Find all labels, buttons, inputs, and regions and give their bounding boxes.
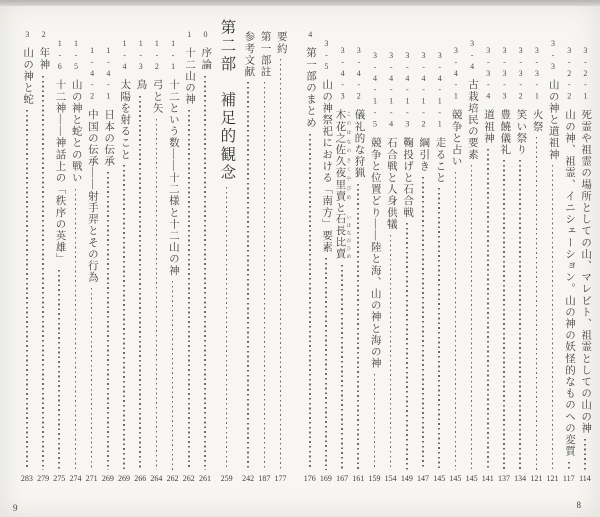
entry-title: 十二神――神話上の「秩序の英雄」: [54, 79, 65, 265]
entry-number: 3-3-2: [516, 46, 524, 103]
entry-page-number: 269: [102, 473, 114, 485]
entry-page-number: 149: [401, 473, 413, 485]
dotted-leader: [75, 189, 77, 470]
dotted-leader: [26, 110, 28, 470]
entry-page-number: 145: [449, 473, 461, 485]
dotted-leader: [123, 165, 125, 470]
entry-number: 1-4-2: [88, 46, 96, 103]
entry-page-number: 279: [37, 473, 49, 485]
entry-number: 3-4-1-3: [403, 51, 411, 131]
entry-title: 第一部のまとめ: [304, 47, 315, 128]
toc-entry: 3-4-1-1 走ること 145: [431, 19, 447, 485]
dotted-leader: [42, 76, 44, 470]
table-of-contents: 3-2-1 死霊や祖霊の場所としての山、マレビト、祖霊としての山の神 114 3…: [8, 19, 593, 485]
toc-left-page: 要約 177 第一部註 187 参考文献 242 第二部 補足的観念 259 0…: [19, 19, 289, 485]
dotted-leader: [107, 172, 109, 470]
toc-entry: 3-3-1 火祭 121: [528, 19, 544, 485]
entry-title: 鳥: [135, 79, 146, 91]
dotted-leader: [139, 96, 141, 470]
toc-entry: 要約 177: [272, 19, 288, 485]
book-scan: 3-2-1 死霊や祖霊の場所としての山、マレビト、祖霊としての山の神 114 3…: [0, 0, 600, 517]
dotted-leader: [91, 288, 93, 470]
entry-number: 3-4-1: [451, 46, 459, 103]
toc-entry: 第二部 補足的観念 259: [213, 19, 240, 485]
toc-entry: 3-3 山の神と道祖神 121: [544, 19, 560, 485]
dotted-leader: [264, 82, 266, 470]
entry-page-number: 262: [183, 473, 195, 485]
entry-number: 3-4: [468, 39, 476, 73]
entry-number: 1-3: [136, 39, 144, 73]
toc-right-page: 3-2-1 死霊や祖霊の場所としての山、マレビト、祖霊としての山の神 114 3…: [302, 19, 593, 485]
entry-number: 3-2-2: [565, 46, 573, 103]
toc-entry: 1-4-1 日本の伝承 269: [100, 19, 116, 485]
toc-entry: 4 第一部のまとめ 176: [302, 19, 318, 485]
toc-entry: 1-4 太陽を射ること 269: [116, 19, 132, 485]
dotted-leader: [552, 165, 554, 470]
entry-number: 3-4-3: [338, 46, 346, 103]
entry-page-number: 177: [275, 473, 287, 485]
entry-page-number: 274: [69, 473, 81, 485]
entry-page-number: 114: [579, 473, 591, 485]
entry-title: 中国の伝承――射手羿とその行為: [86, 109, 97, 283]
dotted-leader: [280, 59, 282, 470]
entry-number: 2: [39, 30, 47, 41]
entry-page-number: 117: [563, 473, 575, 485]
entry-title: 山の神と道祖神: [547, 79, 558, 160]
entry-title: 参考文献: [243, 31, 254, 77]
toc-entry: 3-4-1-4 石合戦と人身供犠 154: [383, 19, 399, 485]
entry-page-number: 262: [167, 473, 179, 485]
dotted-leader: [390, 235, 392, 470]
entry-page-number: 141: [482, 473, 494, 485]
entry-number: 1-4-1: [104, 46, 112, 103]
entry-title: 綱引き: [418, 137, 429, 172]
entry-title: 道祖神: [483, 109, 494, 144]
entry-number: 4: [306, 30, 314, 41]
entry-number: 1-5: [71, 39, 79, 73]
entry-title: 弓と矢: [151, 79, 162, 114]
entry-page-number: 176: [304, 473, 316, 485]
dotted-leader: [204, 76, 206, 470]
dotted-leader: [422, 177, 424, 470]
toc-entry: 3-4-1-3 鞠投げと石合戦 149: [399, 19, 415, 485]
entry-number: 3-5: [322, 39, 330, 73]
dotted-leader: [357, 184, 359, 470]
entry-number: 3-4-1-5: [370, 51, 378, 131]
dotted-leader: [406, 223, 408, 470]
entry-page-number: 161: [352, 473, 364, 485]
entry-title: 笑い祭り: [515, 109, 526, 155]
entry-page-number: 159: [368, 473, 380, 485]
dotted-leader: [487, 149, 489, 470]
dotted-leader: [536, 137, 538, 470]
entry-number: 3-2-1: [581, 46, 589, 103]
sheet-page-number-right: 8: [577, 500, 582, 510]
toc-entry: 3-4-1 競争と占い 145: [447, 19, 463, 485]
toc-entry: 第一部註 187: [256, 19, 272, 485]
entry-number: 3-4-1-4: [387, 51, 395, 131]
entry-title: 第一部註: [259, 31, 270, 77]
toc-entry: 0 序論 261: [197, 19, 213, 485]
entry-page-number: 259: [221, 473, 233, 485]
entry-page-number: 275: [53, 473, 65, 485]
dotted-leader: [374, 374, 376, 470]
entry-title: 木花之佐久夜里賣このはなのさくやびめと石長比賣いはながひめ: [334, 109, 351, 260]
toc-entry: 3-3-4 道祖神 141: [480, 19, 496, 485]
entry-page-number: 145: [466, 473, 478, 485]
entry-title: 競争と位置どり――陸と海、山の神と海の神: [369, 137, 380, 369]
entry-title: 山の神祭祀における「南方」要素: [321, 79, 332, 253]
dotted-leader: [226, 187, 228, 470]
entry-page-number: 145: [433, 473, 445, 485]
entry-title: 年神: [38, 47, 49, 70]
entry-title: 山の神と蛇: [22, 47, 33, 105]
entry-number: 1-2: [152, 39, 160, 73]
toc-entry: 1-2 弓と矢 264: [148, 19, 164, 485]
entry-number: 3-4-1-1: [435, 51, 443, 131]
dotted-leader: [519, 160, 521, 470]
toc-entry: 3-2-1 死霊や祖霊の場所としての山、マレビト、祖霊としての山の神 114: [577, 19, 593, 485]
entry-page-number: 121: [547, 473, 559, 485]
entry-title: 儀礼的な狩猟: [353, 109, 364, 179]
entry-page-number: 137: [498, 473, 510, 485]
entry-page-number: 283: [21, 473, 33, 485]
entry-title: 鞠投げと石合戦: [402, 137, 413, 218]
entry-page-number: 261: [199, 473, 211, 485]
entry-title: 火祭: [531, 109, 542, 132]
entry-title: 日本の伝承: [103, 109, 114, 167]
entry-number: 3-3: [549, 39, 557, 73]
toc-entry: 3-4-1-5 競争と位置どり――陸と海、山の神と海の神 159: [366, 19, 382, 485]
entry-page-number: 266: [134, 473, 146, 485]
toc-entry: 3-4-1-2 綱引き 147: [415, 19, 431, 485]
toc-entry: 1 十二山の神 262: [181, 19, 197, 485]
entry-title: 太陽を射ること: [119, 79, 130, 160]
entry-page-number: 134: [514, 473, 526, 485]
dotted-leader: [568, 462, 570, 470]
dotted-leader: [58, 270, 60, 470]
toc-entry: 1-5 山の神と蛇との戦い 274: [67, 19, 83, 485]
entry-title: 十二山の神: [184, 47, 195, 105]
entry-page-number: 242: [242, 473, 254, 485]
entry-page-number: 167: [336, 473, 348, 485]
toc-entry: 3-4-3 木花之佐久夜里賣このはなのさくやびめと石長比賣いはながひめ 167: [334, 19, 350, 485]
entry-title: 山の神、祖霊、イニシェーション。山の神の妖怪的なものへの変質: [563, 109, 574, 457]
dotted-leader: [584, 439, 586, 470]
entry-number: 1-6: [55, 39, 63, 73]
entry-number: 3-4-2: [354, 46, 362, 103]
entry-title: 豊饒儀礼: [499, 109, 510, 155]
toc-entry: 1-6 十二神――神話上の「秩序の英雄」 275: [51, 19, 67, 485]
entry-title: 要約: [275, 31, 286, 54]
toc-entry: 3 山の神と蛇 283: [19, 19, 35, 485]
entry-page-number: 121: [530, 473, 542, 485]
toc-entry: 3-3-2 笑い祭り 134: [512, 19, 528, 485]
dotted-leader: [156, 119, 158, 470]
toc-entry: 1-1 十二という数――十二様と十二山の神 262: [165, 19, 181, 485]
entry-page-number: 169: [320, 473, 332, 485]
toc-entry: 1-4-2 中国の伝承――射手羿とその行為 271: [84, 19, 100, 485]
dotted-leader: [247, 82, 249, 470]
entry-number: 0: [201, 30, 209, 41]
toc-entry: 3-4 古栽培民の要素 145: [464, 19, 480, 485]
toc-entry: 1-3 鳥 266: [132, 19, 148, 485]
dotted-leader: [172, 281, 174, 470]
entry-page-number: 271: [86, 473, 98, 485]
dotted-leader: [188, 110, 190, 470]
entry-page-number: 264: [150, 473, 162, 485]
entry-page-number: 154: [385, 473, 397, 485]
entry-number: 3-4-1-2: [419, 51, 427, 131]
toc-entry: 3-2-2 山の神、祖霊、イニシェーション。山の神の妖怪的なものへの変質 117: [561, 19, 577, 485]
entry-page-number: 269: [118, 473, 130, 485]
toc-entry: 参考文献 242: [240, 19, 256, 485]
entry-number: 1: [185, 30, 193, 41]
entry-number: 3-3-3: [500, 46, 508, 103]
dotted-leader: [309, 134, 311, 470]
entry-number: 1-1: [169, 39, 177, 73]
entry-title: 死霊や祖霊の場所としての山、マレビト、祖霊としての山の神: [580, 109, 591, 434]
entry-title: 十二という数――十二様と十二山の神: [167, 79, 178, 276]
toc-entry: 2 年神 279: [35, 19, 51, 485]
entry-title: 走ること: [434, 137, 445, 183]
toc-entry: 3-3-3 豊饒儀礼 137: [496, 19, 512, 485]
sheet-page-number-left: 9: [13, 503, 18, 513]
dotted-leader: [503, 160, 505, 470]
entry-title: 第二部 補足的観念: [219, 19, 235, 182]
toc-entry: 3-4-2 儀礼的な狩猟 161: [350, 19, 366, 485]
entry-page-number: 187: [258, 473, 270, 485]
dotted-leader: [325, 258, 327, 470]
entry-number: 3-3-1: [532, 46, 540, 103]
entry-title: 序論: [200, 47, 211, 70]
entry-title: 石合戦と人身供犠: [385, 137, 396, 230]
entry-number: 1-4: [120, 39, 128, 73]
dotted-leader: [341, 265, 343, 470]
dotted-leader: [455, 172, 457, 470]
entry-number: 3-3-4: [484, 46, 492, 103]
entry-number: 3: [23, 30, 31, 41]
entry-title: 山の神と蛇との戦い: [70, 79, 81, 183]
dotted-leader: [438, 188, 440, 470]
entry-page-number: 147: [417, 473, 429, 485]
dotted-leader: [471, 165, 473, 470]
entry-title: 古栽培民の要素: [466, 79, 477, 160]
toc-entry: 3-5 山の神祭祀における「南方」要素 169: [318, 19, 334, 485]
entry-title: 競争と占い: [450, 109, 461, 167]
